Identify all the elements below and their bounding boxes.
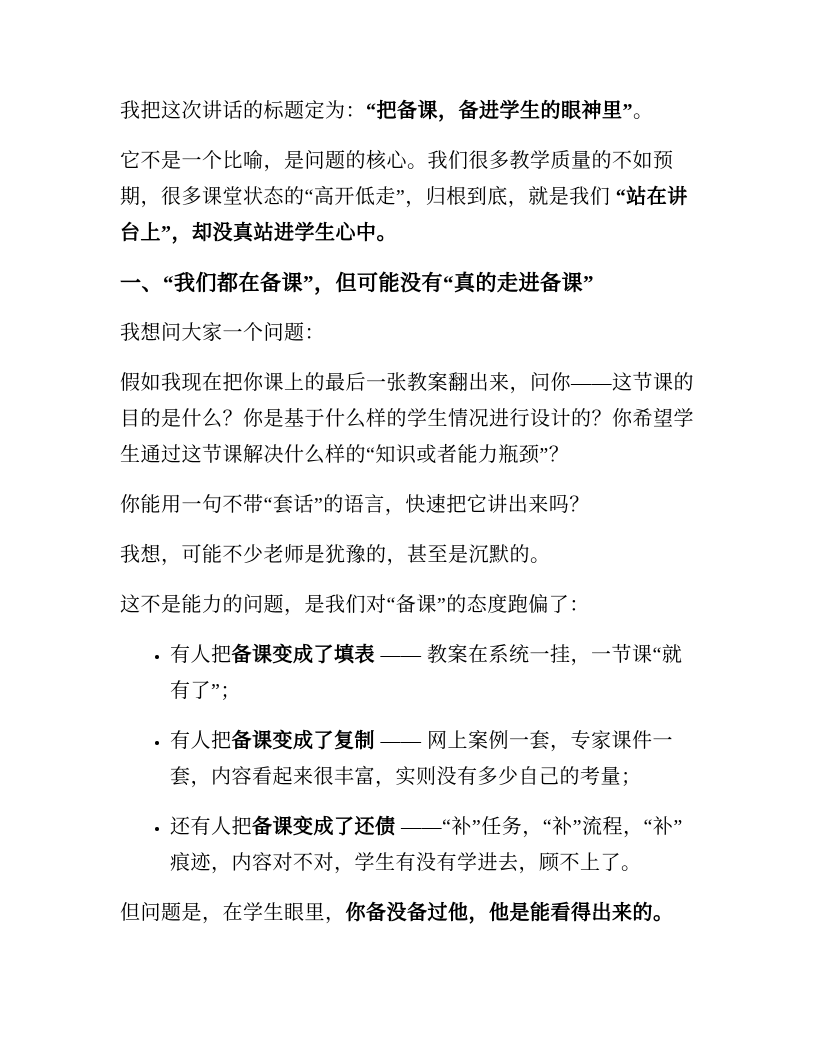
title-statement-lead: 我把这次讲话的标题定为： <box>120 100 366 122</box>
closing-bold: 你备没备过他，他是能看得出来的。 <box>346 902 674 924</box>
list-item-debt: 还有人把备课变成了还债 ——“补”任务，“补”流程，“补”痕迹，内容对不对，学生… <box>170 809 696 881</box>
bullet-1-prefix: 有人把 <box>170 644 232 666</box>
paragraph-question: 假如我现在把你课上的最后一张教案翻出来，问你——这节课的目的是什么？你是基于什么… <box>120 365 696 473</box>
paragraph-attitude: 这不是能力的问题，是我们对“备课”的态度跑偏了： <box>120 587 696 623</box>
title-statement-tail: 。 <box>633 100 654 122</box>
list-item-copy: 有人把备课变成了复制 —— 网上案例一套，专家课件一套，内容看起来很丰富，实则没… <box>170 723 696 795</box>
title-statement-bold: “把备课，备进学生的眼神里” <box>366 100 633 122</box>
closing-normal: 但问题是，在学生眼里， <box>120 902 346 924</box>
core-problem-normal: 它不是一个比喻，是问题的核心。我们很多教学质量的不如预期，很多课堂状态的“高开低… <box>120 150 674 208</box>
paragraph-challenge: 你能用一句不带“套话”的语言，快速把它讲出来吗？ <box>120 487 696 523</box>
paragraph-closing: 但问题是，在学生眼里，你备没备过他，他是能看得出来的。 <box>120 895 696 931</box>
document-page: 我把这次讲话的标题定为：“把备课，备进学生的眼神里”。 它不是一个比喻，是问题的… <box>0 0 816 1056</box>
bullet-3-prefix: 还有人把 <box>170 816 252 838</box>
paragraph-title-statement: 我把这次讲话的标题定为：“把备课，备进学生的眼神里”。 <box>120 93 696 129</box>
paragraph-core-problem: 它不是一个比喻，是问题的核心。我们很多教学质量的不如预期，很多课堂状态的“高开低… <box>120 143 696 251</box>
attitude-bullet-list: 有人把备课变成了填表 —— 教案在系统一挂，一节课“就有了”； 有人把备课变成了… <box>120 637 696 881</box>
bullet-1-bold: 备课变成了填表 <box>232 644 376 666</box>
bullet-2-prefix: 有人把 <box>170 730 232 752</box>
bullet-2-bold: 备课变成了复制 <box>232 730 376 752</box>
bullet-3-bold: 备课变成了还债 <box>252 816 396 838</box>
list-item-fill-form: 有人把备课变成了填表 —— 教案在系统一挂，一节课“就有了”； <box>170 637 696 709</box>
paragraph-hesitate: 我想，可能不少老师是犹豫的，甚至是沉默的。 <box>120 537 696 573</box>
section-1-heading: 一、“我们都在备课”，但可能没有“真的走进备课” <box>120 265 696 301</box>
paragraph-question-intro: 我想问大家一个问题： <box>120 315 696 351</box>
